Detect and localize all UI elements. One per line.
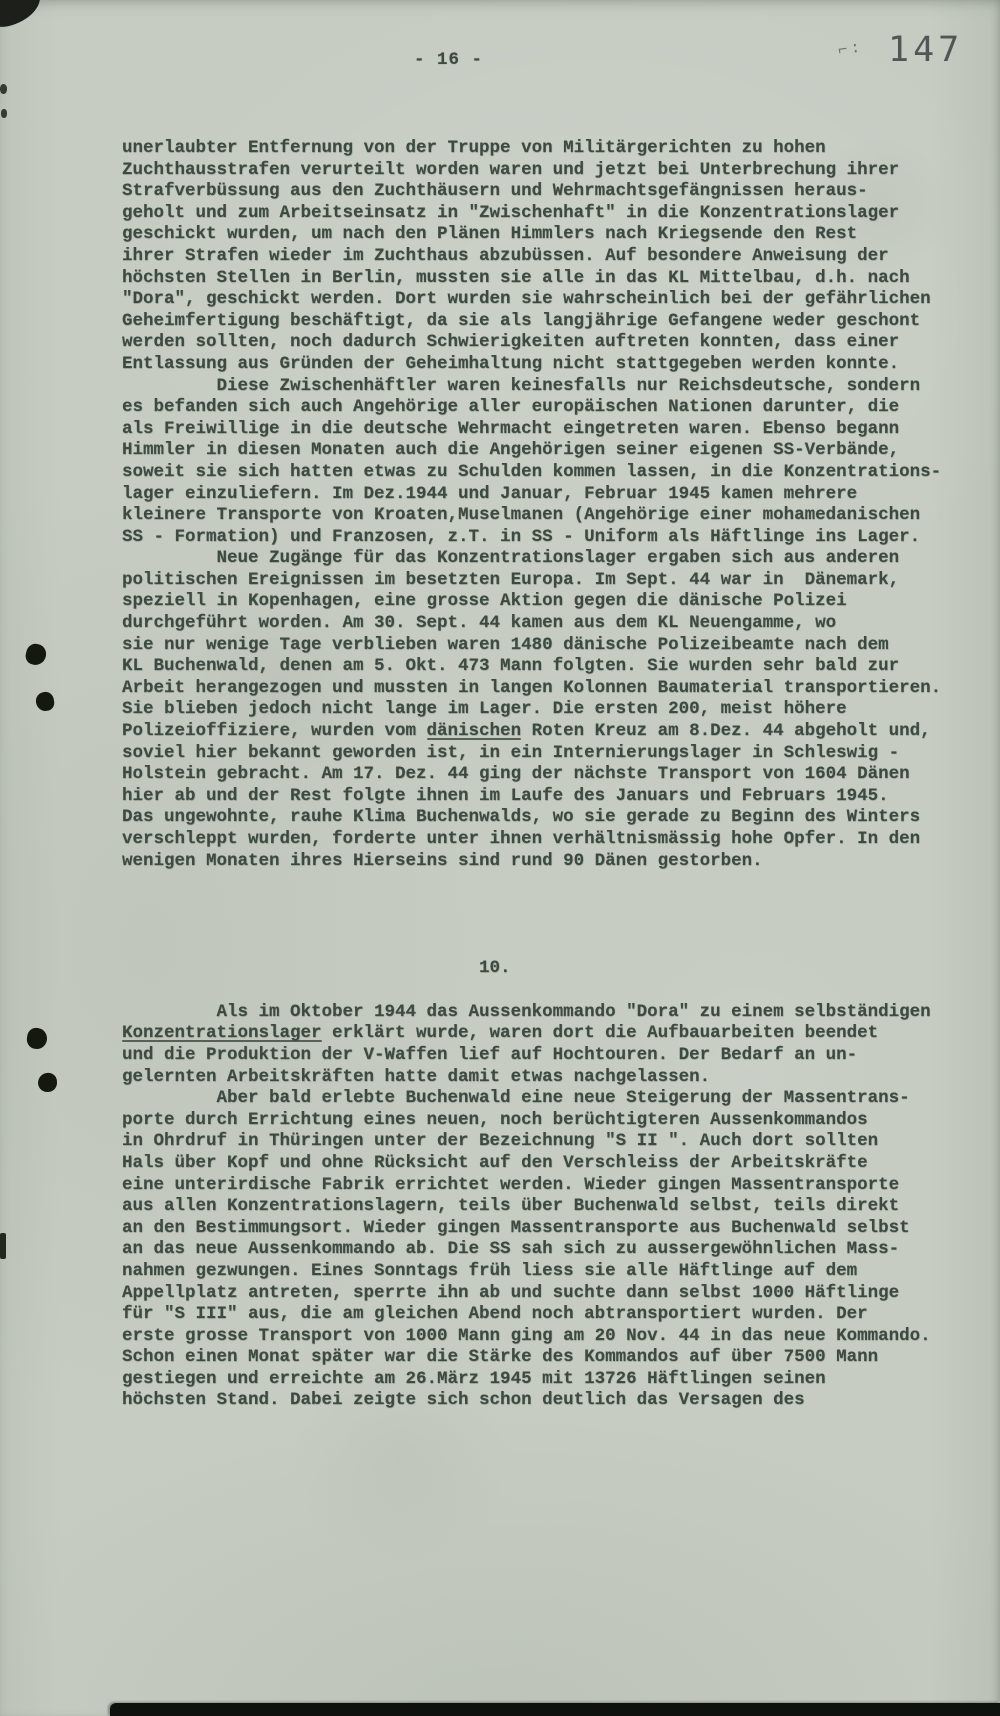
scanned-document-page: - 16 - ⌐: 147 unerlaubter Entfernung von… (0, 0, 1000, 1716)
scan-corner-artifact (0, 0, 45, 30)
edge-ink-mark (0, 1233, 6, 1259)
ink-blot (26, 1027, 49, 1051)
typed-underline-artifact (122, 1040, 322, 1042)
edge-ink-mark (0, 84, 7, 94)
typed-underline-artifact (427, 738, 522, 740)
edge-ink-mark (1, 109, 7, 118)
section-heading: 10. (122, 958, 968, 980)
ink-blot (37, 1072, 58, 1093)
ink-blot (34, 691, 55, 713)
ink-blot (24, 642, 48, 667)
paragraph-5: Aber bald erlebte Buchenwald eine neue S… (122, 1088, 968, 1412)
paragraph-3: Neue Zugänge für das Konzentrationslager… (122, 548, 968, 872)
handwritten-marks: ⌐: (837, 38, 864, 59)
folio-stamp-number: 147 (888, 30, 963, 70)
document-text: unerlaubter Entfernung von der Truppe vo… (122, 138, 968, 1412)
paragraph-2: Diese Zwischenhäftler waren keinesfalls … (122, 376, 968, 549)
paragraph-1: unerlaubter Entfernung von der Truppe vo… (122, 138, 968, 376)
page-number: - 16 - (414, 50, 483, 70)
scan-edge-bar (110, 1703, 1000, 1716)
paragraph-4: Als im Oktober 1944 das Aussenkommando "… (122, 1002, 968, 1088)
